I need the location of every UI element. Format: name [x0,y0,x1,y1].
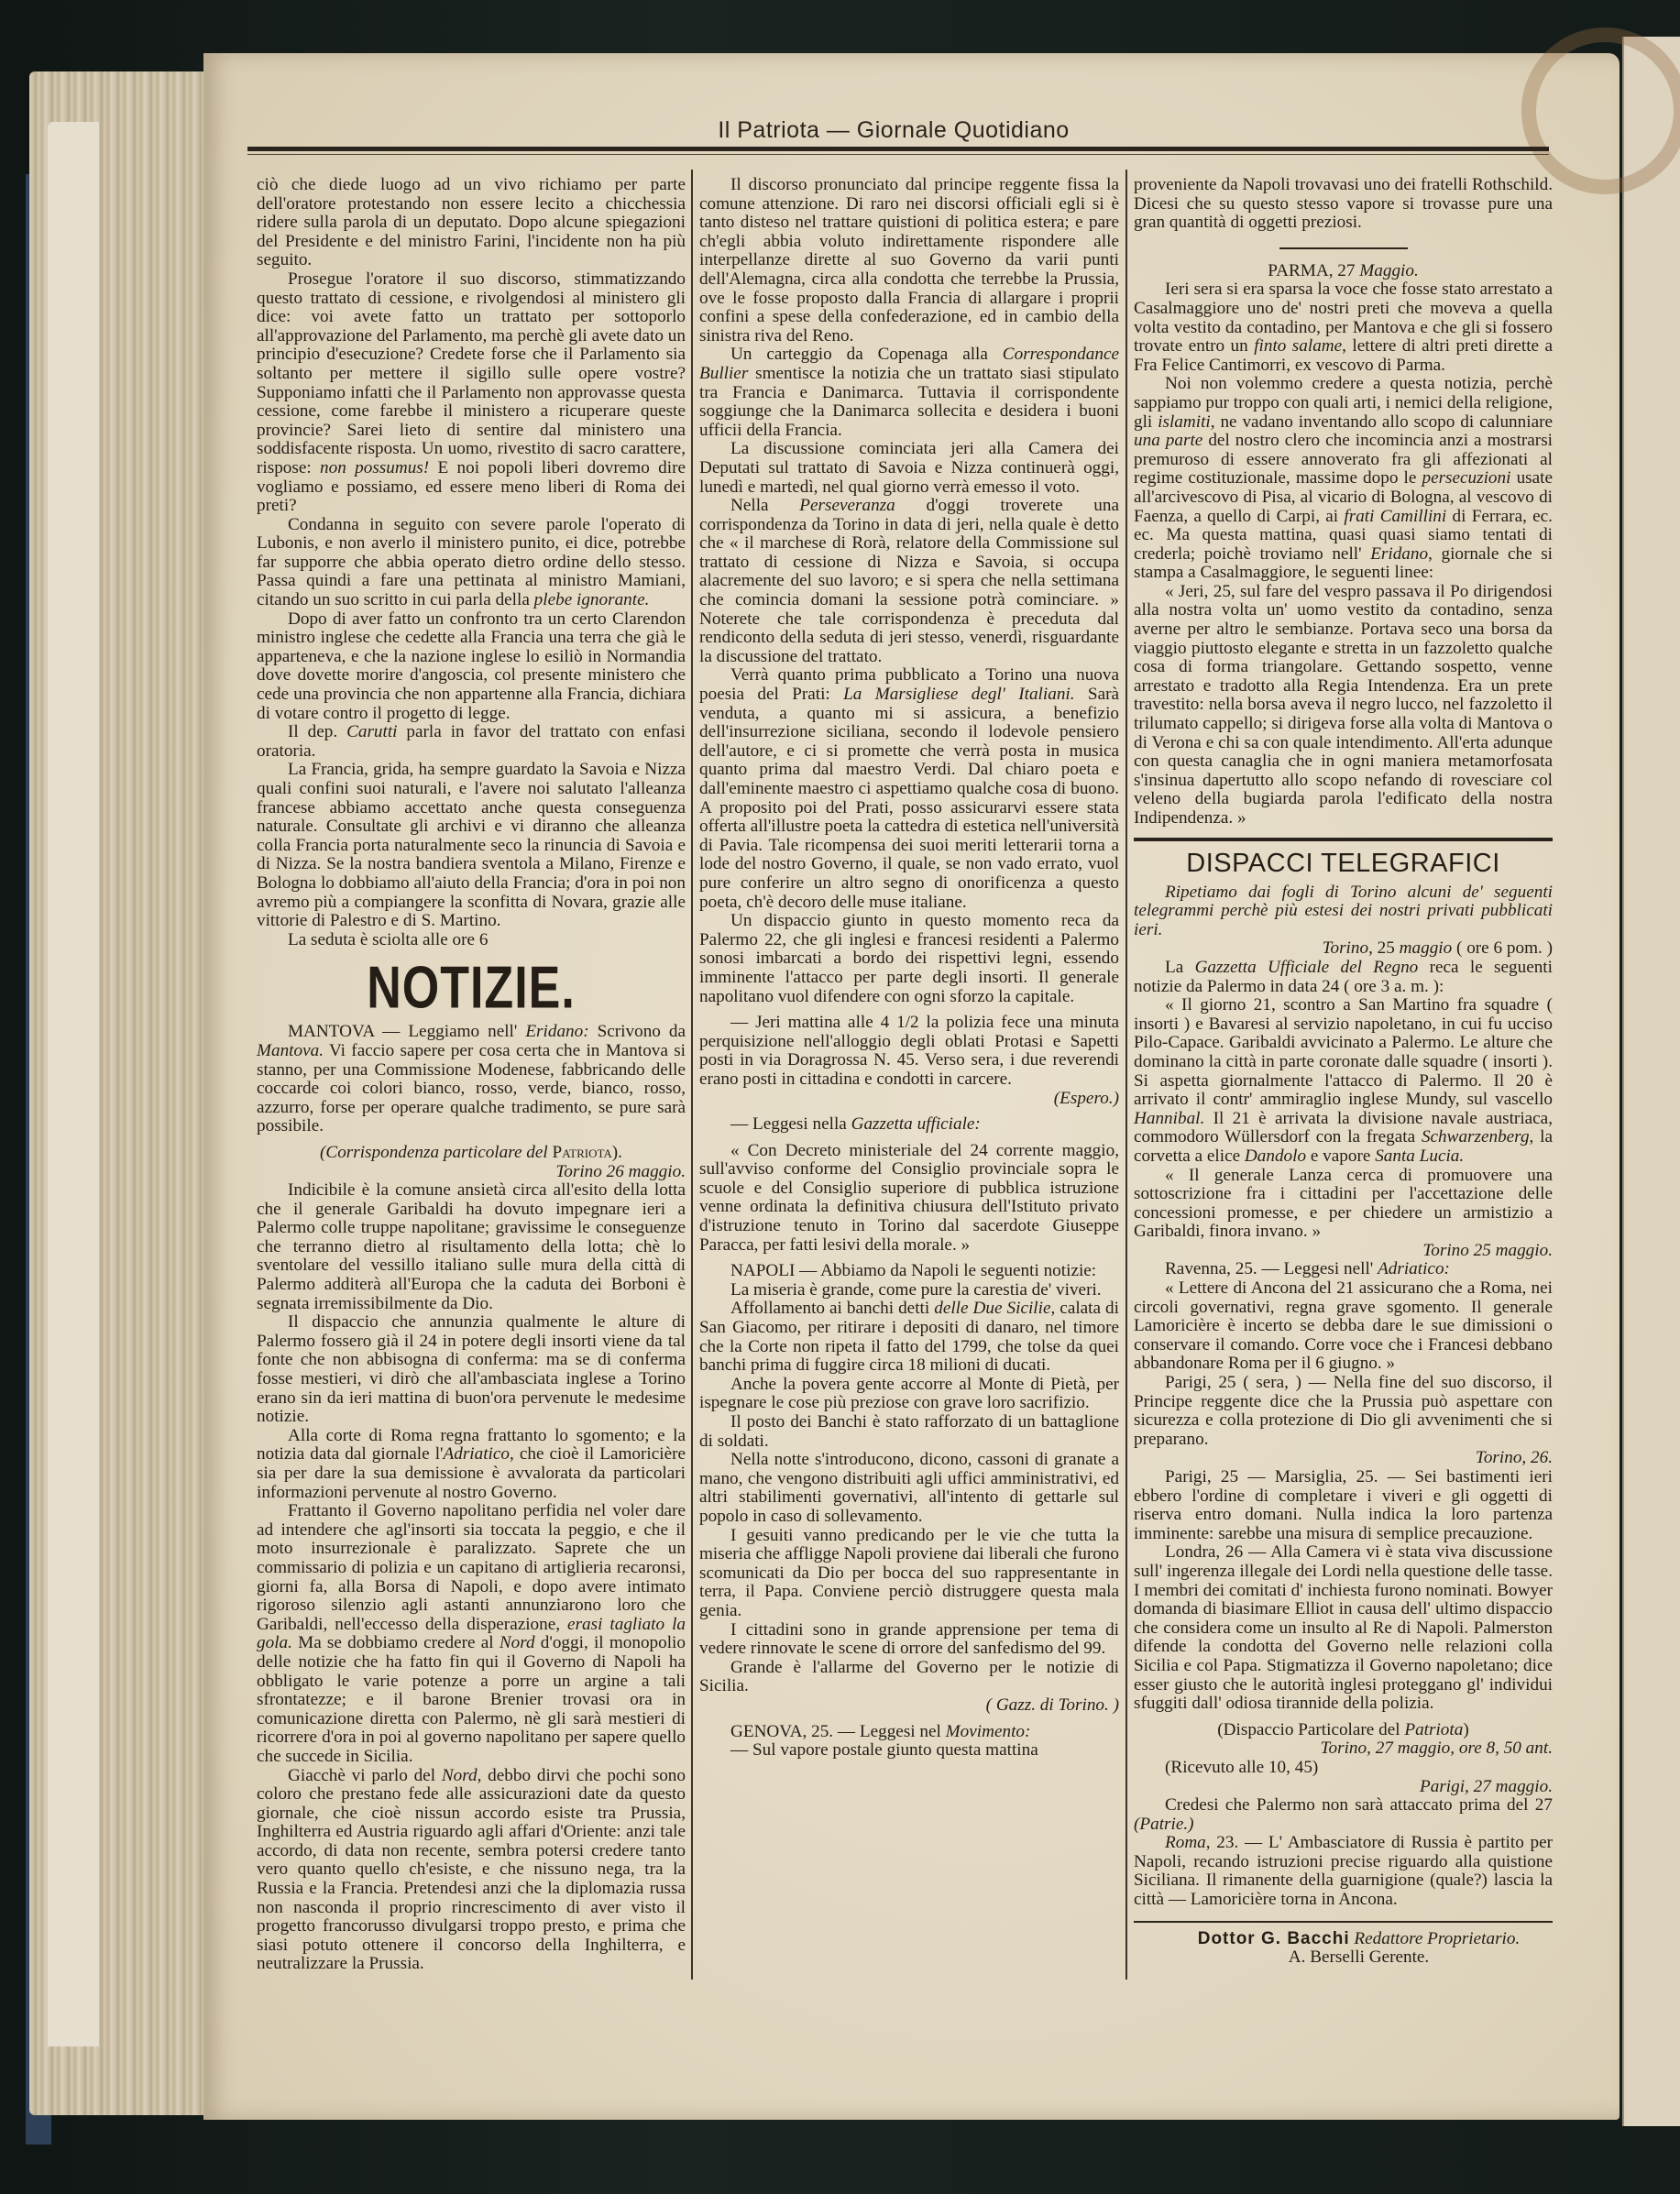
paragraph: La seduta è sciolta alle ore 6 [257,931,686,950]
source-attribution: ( Gazz. di Torino. ) [699,1696,1119,1716]
paragraph: Affollamento ai banchi detti delle Due S… [699,1300,1119,1375]
paragraph: GENOVA, 25. — Leggesi nel Movimento: [699,1723,1119,1742]
dateline: Torino 26 maggio. [257,1163,686,1182]
paragraph: Giacchè vi parlo del Nord, debbo dirvi c… [257,1767,686,1975]
paragraph: proveniente da Napoli trovavasi uno dei … [1134,176,1553,233]
column-middle: Il discorso pronunciato dal principe reg… [699,176,1119,1761]
paragraph: Prosegue l'oratore il suo discorso, stim… [257,270,686,516]
section-heading-notizie: NOTIZIE. [257,954,686,1023]
paragraph: I cittadini sono in grande apprensione p… [699,1621,1119,1659]
paragraph: Parigi, 25 — Marsiglia, 25. — Sei bastim… [1134,1468,1553,1543]
header-rule [247,147,1549,151]
column-divider [691,170,693,1980]
paragraph: Il dispaccio che annunzia qualmente le a… [257,1313,686,1427]
quoted-paragraph: « Jeri, 25, sul fare del vespro passava … [1134,583,1553,828]
editor-signature: Dottor G. Bacchi Redattore Proprietario. [1134,1930,1553,1949]
paragraph: — Jeri mattina alle 4 1/2 la polizia fec… [699,1014,1119,1089]
paragraph: Roma, 23. — L' Ambasciatore di Russia è … [1134,1834,1553,1909]
section-divider [1134,1921,1553,1923]
paragraph: Indicibile è la comune ansietà circa all… [257,1181,686,1313]
section-divider [1134,838,1553,841]
bound-page-stack [29,71,213,2115]
paragraph: Il posto dei Banchi è stato rafforzato d… [699,1413,1119,1451]
paragraph: « Il giorno 21, scontro a San Martino fr… [1134,996,1553,1166]
paragraph: Frattanto il Governo napolitano perfidia… [257,1502,686,1766]
paragraph: Nella Perseveranza d'oggi troverete una … [699,497,1119,666]
paragraph: Un carteggio da Copenaga alla Correspond… [699,346,1119,440]
page-flap [48,122,99,2046]
paragraph: Grande è l'allarme del Governo per le no… [699,1659,1119,1696]
paragraph: Anche la povera gente accorre al Monte d… [699,1376,1119,1413]
paragraph: La discussione cominciata jeri alla Came… [699,440,1119,497]
paragraph: Un dispaccio giunto in questo momento re… [699,912,1119,1006]
paragraph: Verrà quanto prima pubblicato a Torino u… [699,666,1119,912]
manager-signature: A. Berselli Gerente. [1134,1948,1553,1968]
paragraph: Parigi, 25 ( sera, ) — Nella fine del su… [1134,1374,1553,1449]
dateline: Torino, 27 maggio, ore 8, 50 ant. [1134,1739,1553,1759]
paragraph: Il dep. Carutti parla in favor del tratt… [257,723,686,761]
source-attribution: (Espero.) [699,1090,1119,1109]
paragraph: La Francia, grida, ha sempre guardato la… [257,761,686,930]
paragraph: « Lettere di Ancona del 21 assicurano ch… [1134,1279,1553,1374]
dateline: Torino, 26. [1134,1449,1553,1468]
paragraph: MANTOVA — Leggiamo nell' Eridano: Scrivo… [257,1023,686,1136]
paragraph: — Leggesi nella Gazzetta ufficiale: [699,1115,1119,1135]
paragraph: Ieri sera si era sparsa la voce che foss… [1134,280,1553,375]
dateline-parma: PARMA, 27 Maggio. [1134,262,1553,281]
paragraph: La miseria è grande, come pure la carest… [699,1281,1119,1300]
paragraph: Condanna in seguito con severe parole l'… [257,516,686,610]
column-right: proveniente da Napoli trovavasi uno dei … [1134,176,1553,1968]
paragraph: Dopo di aver fatto un confronto tra un c… [257,610,686,724]
paragraph: Ravenna, 25. — Leggesi nell' Adriatico: [1134,1260,1553,1279]
dispatch-byline: (Dispaccio Particolare del Patriota) [1134,1721,1553,1740]
paragraph: La Gazzetta Ufficiale del Regno reca le … [1134,959,1553,996]
adjacent-page-edge [1622,37,1680,2126]
running-header: Il Patriota — Giornale Quotidiano [238,117,1549,144]
paragraph: « Con Decreto ministeriale del 24 corren… [699,1142,1119,1256]
dateline: Parigi, 27 maggio. [1134,1778,1553,1797]
paragraph: I gesuiti vanno predicando per le vie ch… [699,1527,1119,1621]
section-divider [1279,247,1408,249]
paragraph: Londra, 26 — Alla Camera vi è stata viva… [1134,1543,1553,1713]
paragraph: ciò che diede luogo ad un vivo richiamo … [257,176,686,270]
section-intro: Ripetiamo dai fogli di Torino alcuni de'… [1134,883,1553,940]
paragraph: « Il generale Lanza cerca di promuovere … [1134,1167,1553,1242]
paragraph: — Sul vapore postale giunto questa matti… [699,1741,1119,1761]
received-note: (Ricevuto alle 10, 45) [1134,1759,1553,1778]
section-heading-dispacci: DISPACCI TELEGRAFICI [1134,847,1553,880]
header-rule-thin [247,154,1549,155]
paragraph: Credesi che Palermo non sarà attaccato p… [1134,1796,1553,1834]
paragraph: Nella notte s'introducono, dicono, casso… [699,1451,1119,1526]
dateline: Torino 25 maggio. [1134,1242,1553,1261]
paragraph: NAPOLI — Abbiamo da Napoli le seguenti n… [699,1262,1119,1281]
correspondence-byline: (Corrispondenza particolare del Patriota… [257,1144,686,1163]
paragraph: Il discorso pronunciato dal principe reg… [699,176,1119,346]
column-left: ciò che diede luogo ad un vivo richiamo … [257,176,686,1974]
paragraph: Noi non volemmo credere a questa notizia… [1134,375,1553,583]
dateline: Torino, 25 maggio ( ore 6 pom. ) [1134,939,1553,959]
paragraph: Alla corte di Roma regna frattanto lo sg… [257,1427,686,1502]
column-divider [1125,170,1127,1980]
